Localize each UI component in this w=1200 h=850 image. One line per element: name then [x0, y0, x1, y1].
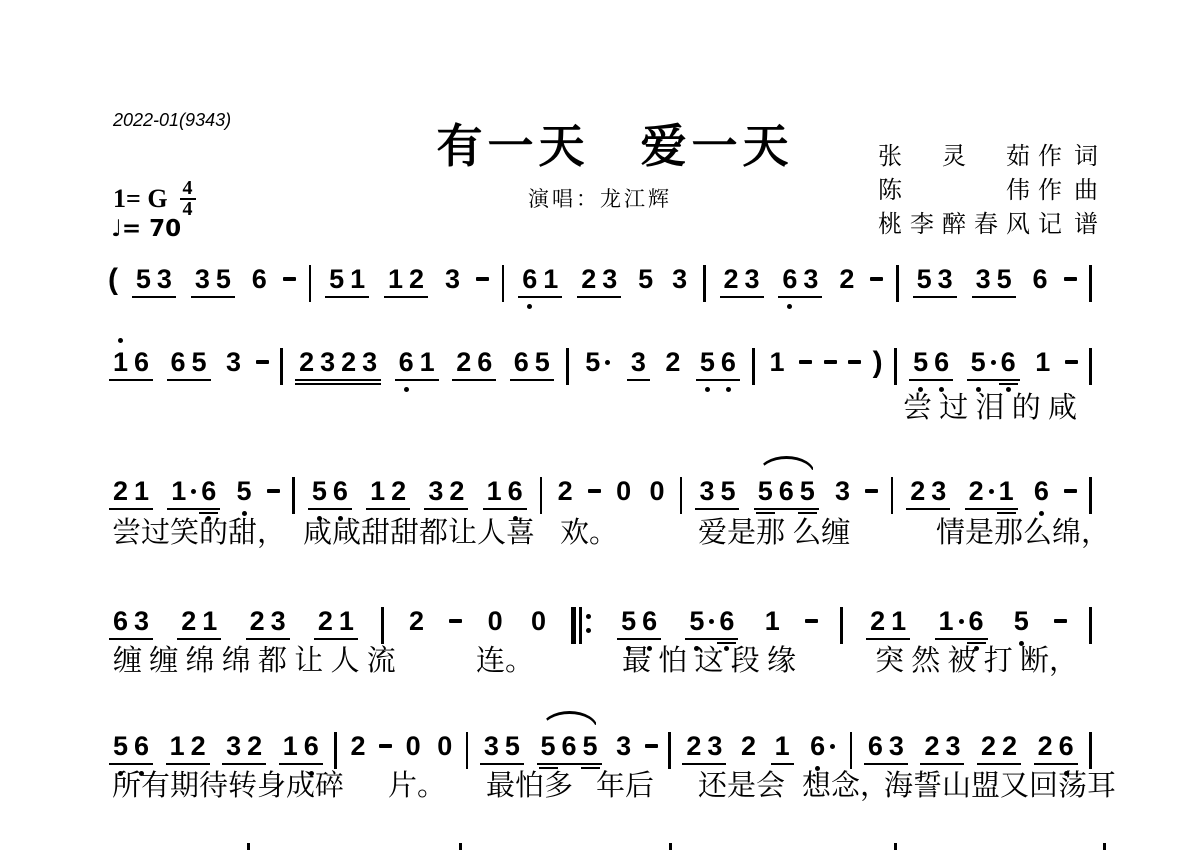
- note-group: 2323: [294, 336, 382, 394]
- time-signature: 4 4: [180, 180, 196, 218]
- note-group: 12: [383, 253, 429, 311]
- eighth-underline: [483, 508, 527, 510]
- lyric-segment: 缠 缠 绵 绵 都 让 人 流: [113, 646, 396, 677]
- note-digit: 1: [280, 732, 301, 760]
- barline: [292, 477, 295, 514]
- note-group: 65: [509, 336, 555, 394]
- eighth-underline: [682, 763, 726, 765]
- jianpu-note: 5: [717, 465, 738, 523]
- note-digit: 6: [396, 348, 417, 376]
- note-digit: 2: [867, 607, 888, 635]
- barline: [280, 348, 283, 385]
- augmentation-dot: [189, 465, 198, 523]
- note-digit: 3: [223, 732, 244, 760]
- eighth-underline: [909, 379, 953, 381]
- jianpu-note: 5: [697, 336, 718, 394]
- note-group: 56: [307, 465, 353, 523]
- note-digit: 3: [886, 732, 907, 760]
- jianpu-note: 1: [417, 336, 438, 394]
- note-digit: 1: [1032, 348, 1053, 376]
- note-digit: 5: [914, 265, 935, 293]
- note-digit: 3: [696, 477, 717, 505]
- sixteenth-underline: [539, 767, 558, 769]
- repeat-thick-bar: [571, 607, 576, 644]
- lyric-segment: 突 然 被 打 断，: [875, 646, 1078, 677]
- sixteenth-underline: [717, 642, 736, 644]
- jianpu-note: 5: [914, 253, 935, 311]
- jianpu-note: 5: [213, 253, 234, 311]
- lyric-segment: 连。: [476, 646, 534, 677]
- note-group: 53: [131, 253, 177, 311]
- note-digit: 6: [330, 477, 351, 505]
- lyric-segment: 尝 过 泪 的 咸: [903, 393, 1077, 424]
- note-digit: 3: [800, 265, 821, 293]
- repeat-dot: [586, 614, 591, 619]
- duration-dash: [1064, 277, 1077, 281]
- duration-dash: [1064, 489, 1077, 493]
- lyric-segment: 最 怕 这 段 缘: [622, 646, 796, 677]
- credit-row: 桃李醉春风记谱: [878, 212, 1110, 238]
- note-digit: 1: [540, 265, 561, 293]
- credit-name-char: 伟: [1006, 178, 1030, 204]
- jianpu-note: 1: [766, 336, 787, 394]
- jianpu-note: 1: [347, 253, 368, 311]
- jianpu-note: 5: [133, 253, 154, 311]
- note-digit: 0: [403, 732, 424, 760]
- eighth-underline: [424, 508, 468, 510]
- sixteenth-underline: [756, 512, 775, 514]
- lyric-segment: 想念，: [802, 771, 889, 802]
- duration-dash: [476, 277, 489, 281]
- jianpu-note: 2: [110, 465, 131, 523]
- note-digit: 6: [519, 265, 540, 293]
- jianpu-note: 3: [800, 253, 821, 311]
- eighth-underline: [577, 296, 621, 298]
- note-digit: 2: [999, 732, 1020, 760]
- jianpu-note: 1: [996, 465, 1017, 523]
- note-digit: 3: [192, 265, 213, 293]
- jianpu-note: 6: [779, 253, 800, 311]
- eighth-underline: [906, 508, 950, 510]
- note-digit: 1: [417, 348, 438, 376]
- note-group: 63: [777, 253, 823, 311]
- jianpu-note: 3: [669, 253, 690, 311]
- note-digit: 6: [779, 265, 800, 293]
- eighth-underline: [972, 296, 1016, 298]
- barline-stub: [1103, 843, 1106, 850]
- note-digit: 1: [762, 607, 783, 635]
- note-digit: 6: [1056, 732, 1077, 760]
- note-digit: 1: [131, 477, 152, 505]
- note-digit: 6: [131, 732, 152, 760]
- note-digit: 6: [865, 732, 886, 760]
- jianpu-note: 6: [168, 336, 189, 394]
- note-digit: 3: [742, 265, 763, 293]
- jianpu-note: 5: [326, 253, 347, 311]
- jianpu-note: 2: [836, 253, 857, 311]
- jianpu-note: 1: [367, 465, 388, 523]
- eighth-underline: [510, 379, 554, 381]
- note-digit: 0: [434, 732, 455, 760]
- jianpu-note: 3: [973, 253, 994, 311]
- eighth-underline: [518, 296, 562, 298]
- barline: [466, 732, 469, 769]
- note-digit: 5: [309, 477, 330, 505]
- note-digit: 5: [697, 348, 718, 376]
- jianpu-note: 5: [635, 253, 656, 311]
- note-group: 3: [626, 336, 651, 394]
- note-digit: 5: [502, 732, 523, 760]
- tempo-marking: ♩= 70: [111, 216, 181, 242]
- note-digit: 1: [110, 348, 131, 376]
- eighth-underline: [977, 763, 1021, 765]
- note-group: 61: [394, 336, 440, 394]
- note-digit: 3: [481, 732, 502, 760]
- note-digit: 5: [755, 477, 776, 505]
- note-digit: 5: [717, 477, 738, 505]
- barline: [1089, 348, 1092, 385]
- eighth-underline: [109, 508, 153, 510]
- jianpu-note: 6: [474, 336, 495, 394]
- credits: 张灵茹作词陈伟作曲桃李醉春风记谱: [878, 144, 1110, 246]
- time-signature-numerator: 4: [180, 180, 196, 200]
- note-digit: 3: [268, 607, 289, 635]
- slur-arc: [758, 456, 815, 474]
- note-digit: 0: [646, 477, 667, 505]
- eighth-underline: [222, 763, 266, 765]
- note-digit: 2: [315, 607, 336, 635]
- note-digit: 5: [635, 265, 656, 293]
- note-digit: 5: [538, 732, 559, 760]
- jianpu-note: 2: [406, 595, 427, 653]
- lyric-line-3: 缠 缠 绵 绵 都 让 人 流连。最 怕 这 段 缘突 然 被 打 断，: [0, 646, 1200, 680]
- note-digit: 1: [367, 477, 388, 505]
- note-digit: 5: [110, 732, 131, 760]
- lyric-segment: 年后: [596, 771, 654, 802]
- note-digit: 6: [474, 348, 495, 376]
- eighth-underline: [913, 296, 957, 298]
- jianpu-note: 2: [446, 465, 467, 523]
- jianpu-note: 6: [1031, 465, 1052, 523]
- barline: [850, 732, 853, 769]
- sixteenth-underline: [997, 512, 1016, 514]
- note-digit: 6: [301, 732, 322, 760]
- note-digit: 3: [425, 477, 446, 505]
- barline: [894, 348, 897, 385]
- jianpu-note: 2: [338, 336, 359, 394]
- duration-dash: [824, 360, 837, 364]
- note-digit: 6: [110, 607, 131, 635]
- note-group: 61: [517, 253, 563, 311]
- jianpu-note: 6: [519, 253, 540, 311]
- parenthesis: (: [108, 263, 118, 297]
- note-digit: 2: [110, 477, 131, 505]
- barline: [309, 265, 312, 302]
- note-group: 21: [964, 465, 1019, 523]
- credit-row: 张灵茹作词: [878, 144, 1110, 170]
- jianpu-note: 2: [907, 465, 928, 523]
- note-digit: 3: [704, 732, 725, 760]
- jianpu-note: 2: [296, 336, 317, 394]
- note-digit: 5: [133, 265, 154, 293]
- jianpu-note: 2: [453, 336, 474, 394]
- eighth-underline: [109, 763, 153, 765]
- note-digit: 5: [582, 348, 603, 376]
- duration-dash: [1065, 360, 1078, 364]
- octave-dot-below: [726, 387, 731, 392]
- jianpu-note: 6: [998, 336, 1019, 394]
- octave-dot-below: [1039, 511, 1044, 516]
- augmentation-dot: [603, 336, 612, 394]
- jianpu-note: 6: [718, 336, 739, 394]
- eighth-underline: [246, 638, 290, 640]
- jianpu-note: 5: [309, 465, 330, 523]
- duration-dash: [805, 619, 818, 623]
- jianpu-note: 6: [131, 336, 152, 394]
- note-digit: 5: [797, 477, 818, 505]
- barline: [1089, 732, 1092, 769]
- note-digit: 1: [167, 732, 188, 760]
- note-digit: 6: [716, 607, 737, 635]
- jianpu-note: 3: [742, 253, 763, 311]
- credit-name-char: 灵: [942, 144, 966, 170]
- note-group: 56: [695, 336, 741, 394]
- jianpu-note: 3: [192, 253, 213, 311]
- sixteenth-underline: [798, 512, 817, 514]
- note-digit: 6: [776, 477, 797, 505]
- lyric-segment: 最怕多: [486, 771, 573, 802]
- note-digit: 2: [578, 265, 599, 293]
- barline: [1089, 607, 1092, 644]
- credit-role: 作曲: [1038, 178, 1110, 204]
- lyric-segment: 海誓山盟又回荡耳: [884, 771, 1116, 802]
- note-digit: 3: [669, 265, 690, 293]
- note-digit: 0: [485, 607, 506, 635]
- jianpu-note: 1: [168, 465, 189, 523]
- jianpu-note: 5: [582, 336, 603, 394]
- jianpu-note: 0: [613, 465, 634, 523]
- eighth-underline: [167, 379, 211, 381]
- jianpu-note: 1: [110, 336, 131, 394]
- credit-name-char: 陈: [878, 178, 902, 204]
- note-group: 21: [108, 465, 154, 523]
- sixteenth-underline: [581, 767, 600, 769]
- note-digit: 2: [836, 265, 857, 293]
- lyric-line-1: 尝 过 泪 的 咸: [0, 393, 1200, 427]
- barline: [1089, 265, 1092, 302]
- note-digit: 2: [921, 732, 942, 760]
- note-digit: 3: [928, 477, 949, 505]
- time-signature-denominator: 4: [183, 200, 193, 218]
- jianpu-note: 5: [994, 253, 1015, 311]
- jianpu-note: 6: [249, 253, 270, 311]
- eighth-underline: [1034, 763, 1078, 765]
- note-digit: 1: [766, 348, 787, 376]
- note-group: 23: [905, 465, 951, 523]
- note-digit: 5: [326, 265, 347, 293]
- eighth-underline: [920, 763, 964, 765]
- note-digit: 2: [406, 607, 427, 635]
- credit-name: 桃李醉春风: [878, 212, 1030, 238]
- eighth-underline: [935, 638, 988, 640]
- duration-dash: [379, 744, 392, 748]
- note-digit: 2: [247, 607, 268, 635]
- note-digit: 3: [973, 265, 994, 293]
- note-digit: 2: [446, 477, 467, 505]
- note-group: 16: [108, 336, 154, 394]
- eighth-underline: [191, 296, 235, 298]
- music-line-3: 211655612321620035565323216: [108, 465, 1092, 525]
- eighth-underline: [864, 763, 908, 765]
- jianpu-note: 5: [910, 336, 931, 394]
- jianpu-note: 3: [935, 253, 956, 311]
- music-line-1: (53356511236123532363253356: [108, 253, 1092, 313]
- eighth-underline: [965, 508, 1018, 510]
- note-digit: 1: [936, 607, 957, 635]
- duration-dash: [267, 489, 280, 493]
- eighth-underline: [452, 379, 496, 381]
- duration-dash: [848, 360, 861, 364]
- note-digit: 2: [662, 348, 683, 376]
- note-digit: 0: [613, 477, 634, 505]
- note-digit: 6: [511, 348, 532, 376]
- eighth-underline: [166, 763, 210, 765]
- lyric-segment: 咸咸甜甜都让人喜: [303, 518, 535, 549]
- jianpu-note: 6: [511, 336, 532, 394]
- note-group: 16: [482, 465, 528, 523]
- credit-name-char: 醉: [942, 212, 966, 238]
- note-digit: 2: [453, 348, 474, 376]
- note-digit: 3: [223, 348, 244, 376]
- credit-name-char: 李: [910, 212, 934, 238]
- jianpu-note: 3: [154, 253, 175, 311]
- eighth-underline: [279, 763, 323, 765]
- jianpu-note: 5: [532, 336, 553, 394]
- note-digit: 6: [198, 477, 219, 505]
- augmentation-dot: [989, 336, 998, 394]
- lyric-segment: 还是会: [698, 771, 785, 802]
- eighth-underline: [866, 638, 910, 640]
- jianpu-note: 1: [1032, 336, 1053, 394]
- eighth-underline: [967, 379, 1020, 381]
- note-digit: 3: [154, 265, 175, 293]
- barline: [668, 732, 671, 769]
- duration-dash: [256, 360, 269, 364]
- music-line-2: 166532323612665532561)56561: [108, 336, 1092, 396]
- note-group: 5: [580, 336, 614, 394]
- barline-stub: [247, 843, 250, 850]
- barline: [502, 265, 505, 302]
- note-digit: 6: [1031, 477, 1052, 505]
- jianpu-note: 6: [931, 336, 952, 394]
- note-digit: 2: [188, 732, 209, 760]
- barline: [891, 477, 894, 514]
- eighth-underline: [167, 508, 220, 510]
- jianpu-note: 5: [189, 336, 210, 394]
- note-digit: 2: [244, 732, 265, 760]
- key-label: 1= G: [113, 184, 168, 214]
- jianpu-note: 2: [347, 720, 368, 778]
- note-digit: 1: [336, 607, 357, 635]
- note-digit: 3: [359, 348, 380, 376]
- credit-role: 记谱: [1038, 212, 1110, 238]
- note-digit: 5: [580, 732, 601, 760]
- jianpu-note: 3: [442, 253, 463, 311]
- barline: [896, 265, 899, 302]
- sixteenth-underline: [967, 642, 986, 644]
- note-digit: 2: [721, 265, 742, 293]
- jianpu-note: 1: [385, 253, 406, 311]
- note-group: 51: [324, 253, 370, 311]
- duration-dash: [588, 489, 601, 493]
- duration-dash: [865, 489, 878, 493]
- octave-dot-below: [242, 511, 247, 516]
- note-digit: 3: [613, 732, 634, 760]
- note-digit: 6: [1030, 265, 1051, 293]
- note-digit: 6: [505, 477, 526, 505]
- duration-dash: [870, 277, 883, 281]
- note-digit: 6: [931, 348, 952, 376]
- repeat-dot: [586, 628, 591, 633]
- jianpu-note: 2: [406, 253, 427, 311]
- note-group: 56: [908, 336, 954, 394]
- note-group: 35: [971, 253, 1017, 311]
- octave-dot-below: [705, 387, 710, 392]
- note-digit: 2: [1035, 732, 1056, 760]
- note-digit: 5: [910, 348, 931, 376]
- repeat-start-sign: [571, 607, 594, 644]
- note-digit: 1: [484, 477, 505, 505]
- jianpu-note: 3: [628, 336, 649, 394]
- jianpu-note: 1: [131, 465, 152, 523]
- note-digit: 5: [968, 348, 989, 376]
- jianpu-note: 2: [578, 253, 599, 311]
- note-group: 12: [365, 465, 411, 523]
- note-group: 35: [190, 253, 236, 311]
- note-digit: 3: [935, 265, 956, 293]
- lyric-segment: 爱是那 么缠: [698, 518, 850, 549]
- lyric-segment: 片。: [388, 771, 446, 802]
- eighth-underline: [480, 763, 524, 765]
- note-digit: 3: [832, 477, 853, 505]
- eighth-underline: [384, 296, 428, 298]
- eighth-underline: [696, 379, 740, 381]
- eighth-underline: [295, 379, 381, 381]
- eighth-underline: [627, 379, 650, 381]
- note-group: 23: [719, 253, 765, 311]
- barline: [334, 732, 337, 769]
- jianpu-note: 5: [234, 465, 255, 523]
- eighth-underline: [132, 296, 176, 298]
- barline-stub: [669, 843, 672, 850]
- note-digit: 5: [234, 477, 255, 505]
- jianpu-note: 3: [832, 465, 853, 523]
- eighth-underline: [685, 638, 738, 640]
- note-digit: 3: [442, 265, 463, 293]
- eighth-underline: [308, 508, 352, 510]
- note-group: 65: [166, 336, 212, 394]
- note-digit: 3: [317, 348, 338, 376]
- credit-name-char: 春: [974, 212, 998, 238]
- eighth-underline: [177, 638, 221, 640]
- note-digit: 2: [406, 265, 427, 293]
- barline: [680, 477, 683, 514]
- eighth-underline: [314, 638, 358, 640]
- note-digit: 2: [978, 732, 999, 760]
- note-digit: 1: [347, 265, 368, 293]
- eighth-underline: [695, 508, 739, 510]
- note-digit: 3: [131, 607, 152, 635]
